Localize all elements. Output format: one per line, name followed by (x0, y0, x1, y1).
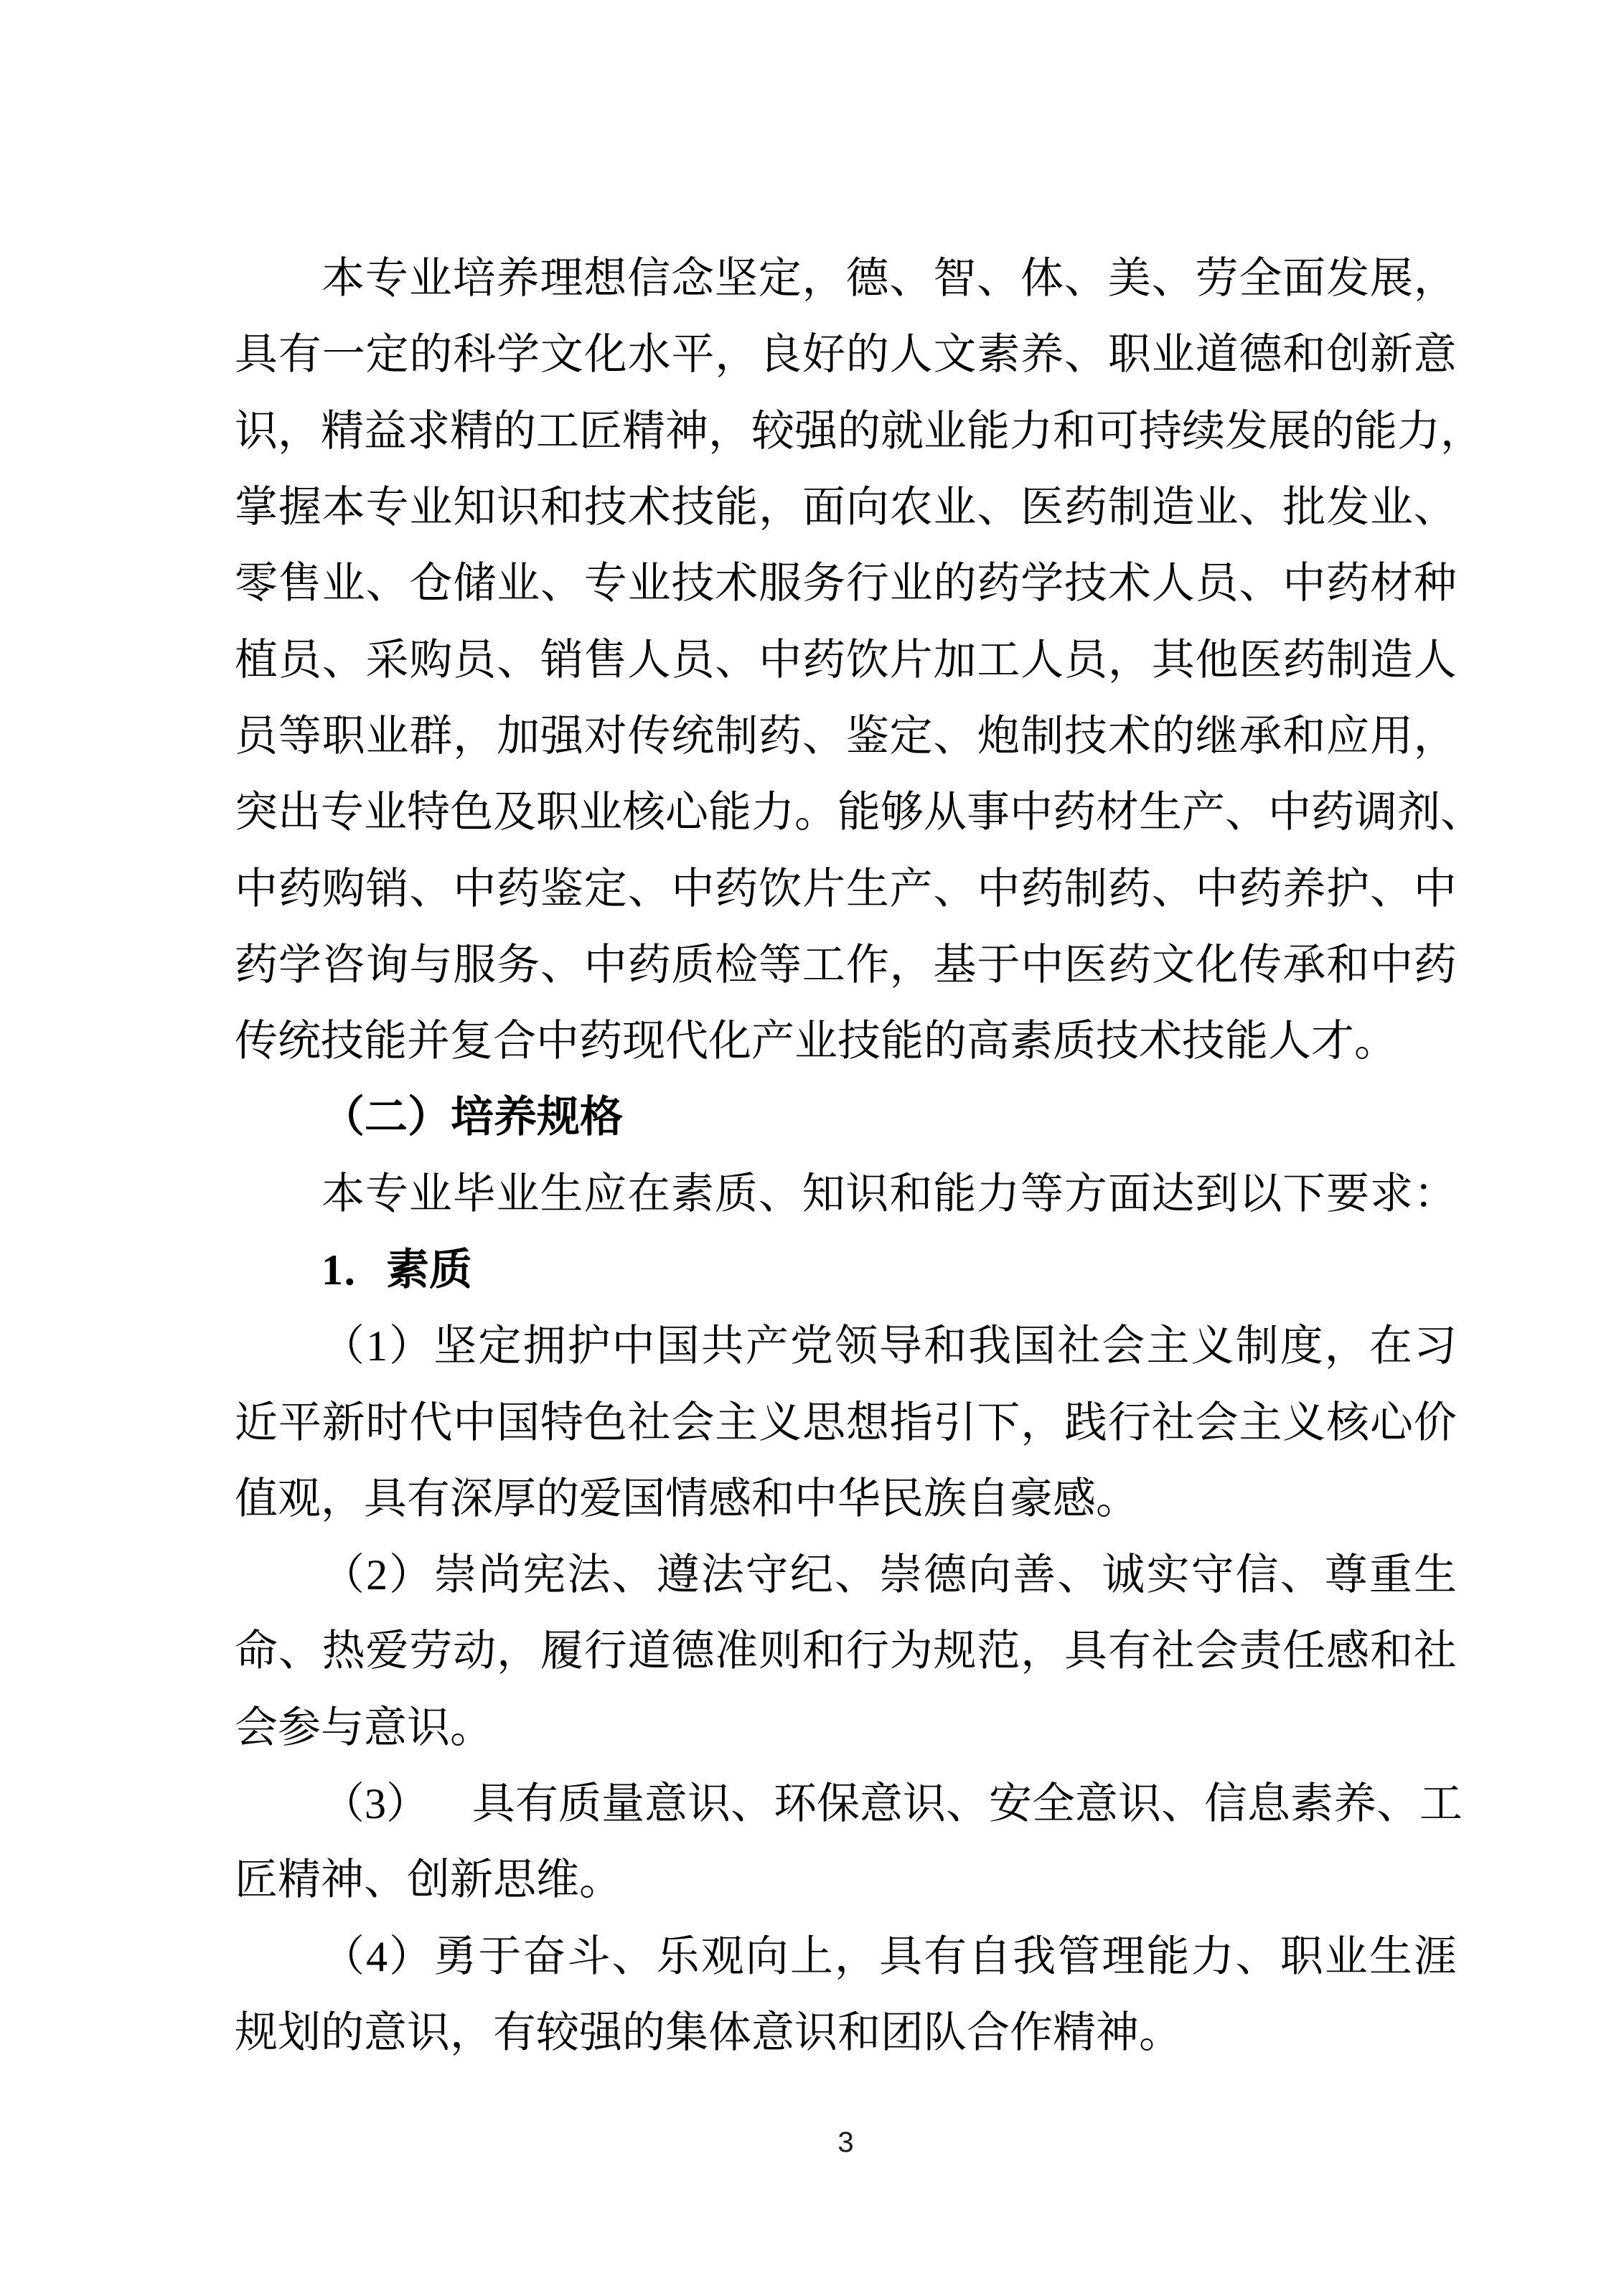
body-text-line: 植员、采购员、销售人员、中药饮片加工人员，其他医药制造人 (235, 621, 1457, 697)
body-text-line: （3） 具有质量意识、环保意识、安全意识、信息素养、工 (235, 1766, 1457, 1842)
document-page: 本专业培养理想信念坚定，德、智、体、美、劳全面发展， 具有一定的科学文化水平，良… (0, 0, 1624, 2296)
body-text-line: 突出专业特色及职业核心能力。能够从事中药材生产、中药调剂、 (235, 774, 1457, 850)
body-text-line: 识，精益求精的工匠精神，较强的就业能力和可持续发展的能力， (235, 393, 1457, 469)
body-text-line: 规划的意识，有较强的集体意识和团队合作精神。 (235, 1995, 1457, 2071)
section-heading-line: （二）培养规格 (235, 1079, 1457, 1155)
body-text-line: 近平新时代中国特色社会主义思想指引下，践行社会主义核心价 (235, 1384, 1457, 1460)
body-text-line: 值观，具有深厚的爱国情感和中华民族自豪感。 (235, 1461, 1457, 1537)
body-text-line: （2）崇尚宪法、遵法守纪、崇德向善、诚实守信、尊重生 (235, 1537, 1457, 1613)
page-number: 3 (235, 2114, 1457, 2171)
subsection-heading-line: 1．素质 (235, 1232, 1457, 1308)
body-text-line: 药学咨询与服务、中药质检等工作，基于中医药文化传承和中药 (235, 927, 1457, 1003)
body-text-line: 零售业、仓储业、专业技术服务行业的药学技术人员、中药材种 (235, 545, 1457, 621)
body-text-line: 会参与意识。 (235, 1690, 1457, 1766)
body-text-line: 传统技能并复合中药现代化产业技能的高素质技术技能人才。 (235, 1003, 1457, 1079)
body-text-line: 本专业培养理想信念坚定，德、智、体、美、劳全面发展， (235, 240, 1457, 316)
body-text-line: （4）勇于奋斗、乐观向上，具有自我管理能力、职业生涯 (235, 1919, 1457, 1995)
body-text-line: 掌握本专业知识和技术技能，面向农业、医药制造业、批发业、 (235, 469, 1457, 545)
body-text-line: 本专业毕业生应在素质、知识和能力等方面达到以下要求： (235, 1156, 1457, 1232)
body-text-line: 命、热爱劳动，履行道德准则和行为规范，具有社会责任感和社 (235, 1613, 1457, 1689)
body-text-line: 中药购销、中药鉴定、中药饮片生产、中药制药、中药养护、中 (235, 850, 1457, 926)
body-text-line: 员等职业群，加强对传统制药、鉴定、炮制技术的继承和应用， (235, 698, 1457, 774)
body-text-line: 具有一定的科学文化水平，良好的人文素养、职业道德和创新意 (235, 316, 1457, 392)
body-text-line: 匠精神、创新思维。 (235, 1842, 1457, 1918)
page-body: 本专业培养理想信念坚定，德、智、体、美、劳全面发展， 具有一定的科学文化水平，良… (235, 240, 1457, 2071)
body-text-line: （1）坚定拥护中国共产党领导和我国社会主义制度，在习 (235, 1308, 1457, 1384)
